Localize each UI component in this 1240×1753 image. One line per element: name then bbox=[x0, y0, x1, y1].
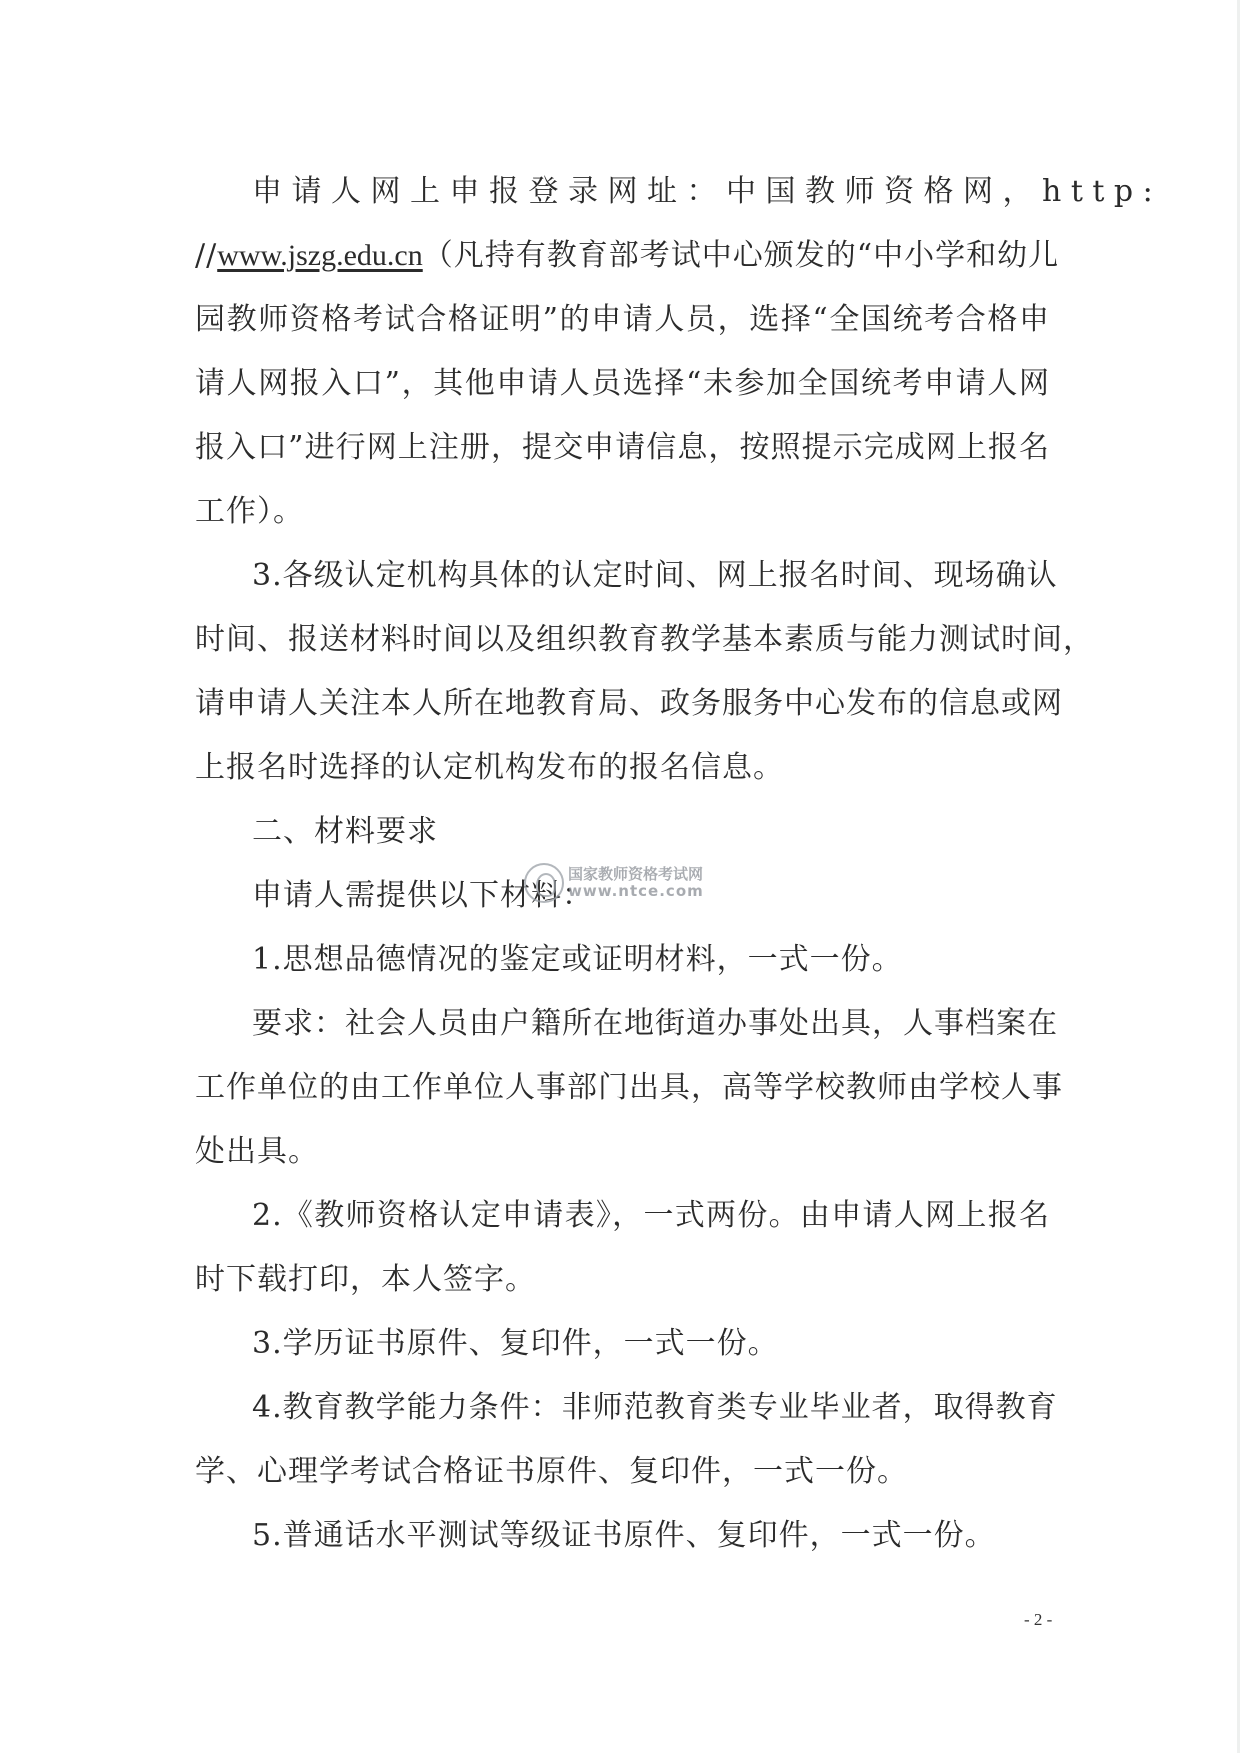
text-fragment: （凡持有教育部考试中心颁发的“中小学和幼儿 bbox=[423, 238, 1059, 273]
text-line: 处出具。 bbox=[195, 1132, 1050, 1172]
watermark-name: 国家教师资格考试网 bbox=[568, 867, 704, 882]
url-link[interactable]: www.jszg.edu.cn bbox=[217, 239, 423, 272]
text-line: 上报名时选择的认定机构发布的报名信息。 bbox=[195, 748, 1050, 788]
section-heading: 二、材料要求 bbox=[252, 812, 1050, 852]
text-line: 3.各级认定机构具体的认定时间、网上报名时间、现场确认 bbox=[252, 556, 1050, 596]
watermark-url: www.ntce.com bbox=[568, 884, 704, 899]
document-page: 申请人网上申报登录网址：中国教师资格网，http: //www.jszg.edu… bbox=[0, 0, 1240, 1753]
text-line: 报入口”进行网上注册，提交申请信息，按照提示完成网上报名 bbox=[195, 428, 1050, 468]
list-item: 4.教育教学能力条件：非师范教育类专业毕业者，取得教育 bbox=[252, 1388, 1050, 1428]
text-line: 请申请人关注本人所在地教育局、政务服务中心发布的信息或网 bbox=[195, 684, 1050, 724]
list-item: 2.《教师资格认定申请表》，一式两份。由申请人网上报名 bbox=[252, 1196, 1050, 1236]
text-line: 要求：社会人员由户籍所在地街道办事处出具，人事档案在 bbox=[252, 1004, 1050, 1044]
list-item: 1.思想品德情况的鉴定或证明材料，一式一份。 bbox=[252, 940, 1050, 980]
text-line: 工作）。 bbox=[195, 492, 1050, 532]
text-line: 时下载打印，本人签字。 bbox=[195, 1260, 1050, 1300]
ntce-emblem-icon bbox=[524, 863, 564, 903]
text-line: 请人网报入口”，其他申请人员选择“未参加全国统考申请人网 bbox=[195, 364, 1050, 404]
watermark: 国家教师资格考试网 www.ntce.com bbox=[524, 855, 724, 911]
text-line: 工作单位的由工作单位人事部门出具，高等学校教师由学校人事 bbox=[195, 1068, 1050, 1108]
list-item: 3.学历证书原件、复印件，一式一份。 bbox=[252, 1324, 1050, 1364]
page-number: - 2 - bbox=[1024, 1610, 1052, 1630]
text-line: 时间、报送材料时间以及组织教育教学基本素质与能力测试时间， bbox=[195, 620, 1050, 660]
text-line: 申请人网上申报登录网址：中国教师资格网，http: bbox=[252, 172, 1050, 212]
text-line-with-url: //www.jszg.edu.cn（凡持有教育部考试中心颁发的“中小学和幼儿 bbox=[195, 236, 1050, 276]
url-prefix: // bbox=[195, 238, 217, 273]
text-line: 园教师资格考试合格证明”的申请人员，选择“全国统考合格申 bbox=[195, 300, 1050, 340]
watermark-text: 国家教师资格考试网 www.ntce.com bbox=[568, 867, 704, 899]
list-item: 5.普通话水平测试等级证书原件、复印件，一式一份。 bbox=[252, 1516, 1050, 1556]
text-line: 学、心理学考试合格证书原件、复印件，一式一份。 bbox=[195, 1452, 1050, 1492]
